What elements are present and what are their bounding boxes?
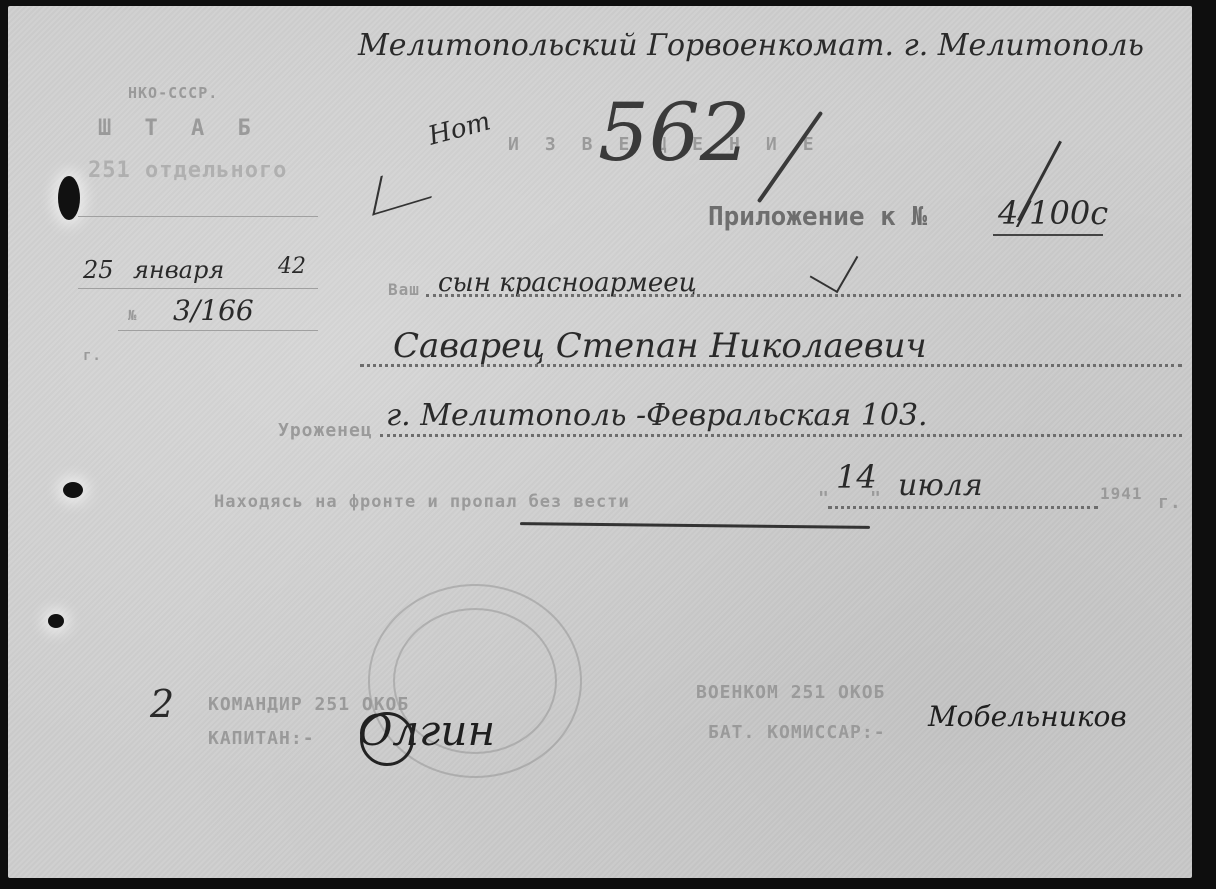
son-dotted-line: [426, 294, 1181, 297]
birthplace-value: г. Мелитополь -Февральская 103.: [386, 398, 928, 433]
missing-year: 1941: [1100, 484, 1143, 503]
commissar-signature: Мобельников: [928, 700, 1127, 733]
stamp-rule: [78, 216, 318, 217]
appendix-number: 4/100с: [998, 194, 1108, 232]
punch-hole: [48, 614, 64, 628]
corner-stamp: НКО-СССР. Ш Т А Б 251 отдельного 25 янва…: [78, 76, 358, 356]
margin-checkmark: [372, 158, 440, 215]
appendix-label: Приложение к №: [708, 202, 927, 232]
punch-hole: [58, 176, 80, 220]
stamp-place-prefix: г.: [83, 348, 102, 364]
left-mark: 2: [150, 682, 174, 726]
birthplace-dotted-line: [380, 434, 1182, 437]
stamp-number-rule: [118, 330, 318, 331]
commissar-rank: БАТ. КОМИССАР:-: [708, 722, 886, 743]
stamp-line-2: Ш Т А Б: [98, 116, 261, 141]
missing-dotted-line: [828, 506, 1098, 509]
punch-hole: [63, 482, 83, 498]
commander-signature-loop: [360, 712, 414, 766]
missing-year-suffix: г.: [1158, 492, 1182, 513]
name-dotted-line: [360, 364, 1182, 367]
birthplace-label: Уроженец: [278, 420, 373, 441]
missing-underline-stroke: [520, 522, 870, 529]
stamp-number: 3/166: [173, 294, 254, 327]
commissar-title: ВОЕНКОМ 251 ОКОБ: [696, 682, 885, 703]
big-number-slash: [757, 111, 823, 203]
stamp-line-3: 251 отдельного: [88, 158, 287, 183]
header-handwritten: Мелитопольский Горвоенкомат. г. Мелитопо…: [358, 28, 1144, 63]
full-name: Саварец Степан Николаевич: [393, 326, 927, 366]
big-number: 562: [598, 86, 751, 179]
appendix-underline: [993, 234, 1103, 236]
commander-rank: КАПИТАН:-: [208, 728, 315, 749]
stamp-date-rule: [78, 288, 318, 289]
missing-text: Находясь на фронте и пропал без вести: [214, 492, 630, 512]
son-prefix: Ваш: [388, 280, 420, 299]
document-paper: Мелитопольский Горвоенкомат. г. Мелитопо…: [8, 6, 1192, 878]
stamp-line-1: НКО-СССР.: [128, 84, 218, 102]
stamp-number-prefix: №: [128, 308, 137, 324]
margin-note: Нот: [425, 106, 494, 151]
stamp-date-year: 42: [278, 254, 306, 279]
missing-month: июля: [898, 468, 983, 503]
stamp-date-day: 25: [83, 256, 114, 284]
son-checkmark: [810, 241, 859, 293]
stamp-date-month: января: [133, 256, 224, 284]
